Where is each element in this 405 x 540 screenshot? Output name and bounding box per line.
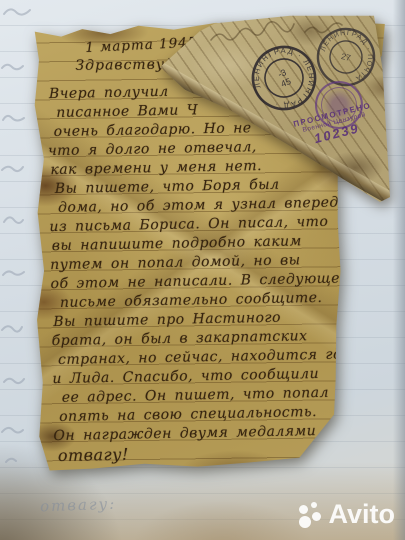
letter-greeting: Здравствуй (75, 57, 175, 74)
avito-logo-icon (299, 502, 324, 528)
avito-wordmark: Avito (329, 499, 396, 530)
bleedthrough-text: отвагу: (40, 495, 117, 516)
avito-watermark: Avito (299, 499, 396, 530)
svg-text:27: 27 (340, 51, 352, 63)
photo-frame: отвагу: 1 марта 1945 г. Здравствуй Вчера… (0, 0, 405, 540)
svg-text:45: 45 (279, 76, 292, 89)
